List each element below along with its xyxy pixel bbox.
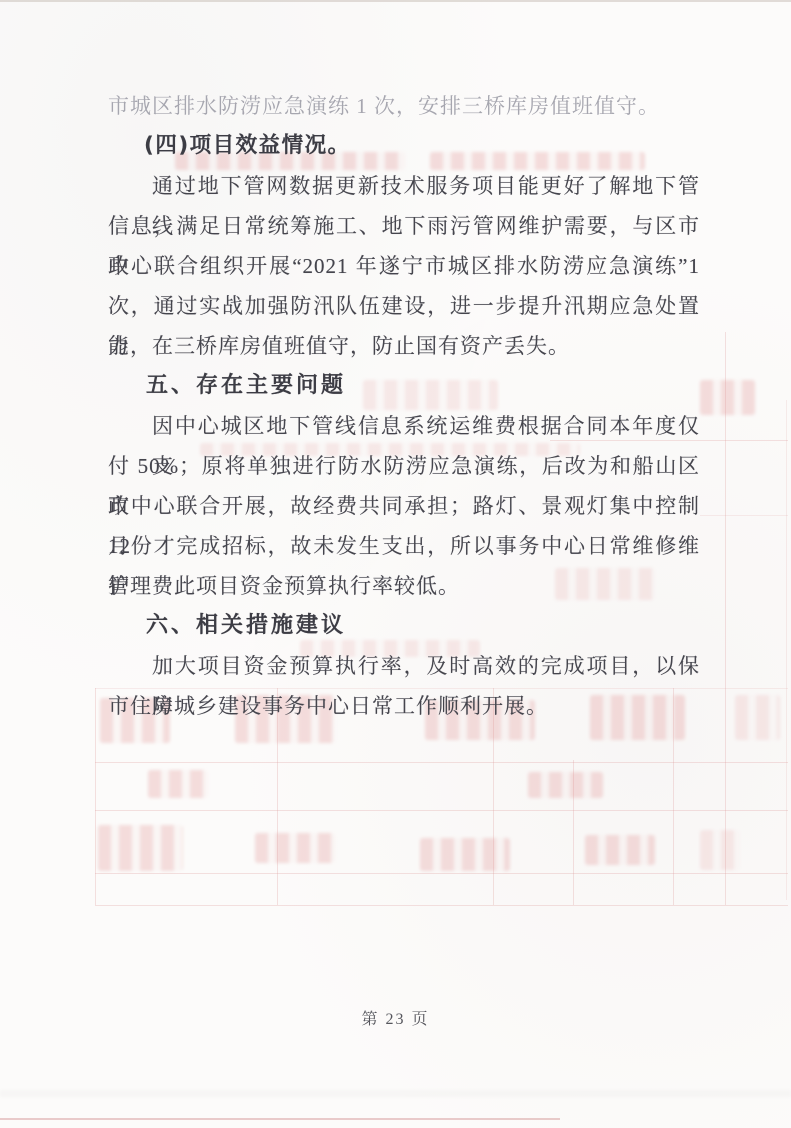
doc-line: 付 50%；原将单独进行防水防涝应急演练，后改为和船山区市 [108, 446, 700, 486]
bleedthrough-text-blob [420, 838, 510, 871]
bleedthrough-text-blob [700, 830, 740, 870]
doc-line: 月份才完成招标，故未发生支出，所以事务中心日常维修维护 [108, 526, 700, 566]
bleedthrough-grid-line [95, 905, 788, 906]
bleedthrough-grid-line [786, 400, 787, 900]
bleedthrough-grid-line [700, 515, 788, 516]
page-number: 第 23 页 [0, 1005, 791, 1035]
doc-line: 次，通过实战加强防汛队伍建设，进一步提升汛期应急处置能 [108, 286, 700, 326]
doc-line: 管理费此项目资金预算执行率较低。 [108, 566, 700, 606]
bleedthrough-text-blob [528, 772, 603, 798]
bleedthrough-text-blob [255, 833, 335, 863]
bleedthrough-text-blob [700, 380, 755, 415]
section-heading-6: 六、相关措施建议 [108, 606, 700, 646]
doc-line: 因中心城区地下管线信息系统运维费根据合同本年度仅支 [108, 406, 700, 446]
doc-line: 政中心联合开展，故经费共同承担；路灯、景观灯集中控制 12 [108, 486, 700, 526]
doc-line: 市城区排水防涝应急演练 1 次，安排三桥库房值班值守。 [108, 86, 700, 126]
scan-bottom-smudge [0, 1090, 791, 1097]
doc-line: 信息，满足日常统筹施工、地下雨污管网维护需要，与区市政 [108, 206, 700, 246]
document-body: 市城区排水防涝应急演练 1 次，安排三桥库房值班值守。 (四)项目效益情况。 通… [108, 86, 700, 726]
scan-bottom-edge-line [0, 1118, 560, 1120]
bleedthrough-text-blob [98, 825, 183, 871]
bleedthrough-text-blob [585, 835, 655, 865]
scan-top-edge-line [0, 0, 791, 2]
bleedthrough-text-blob [148, 770, 208, 798]
bleedthrough-grid-line [95, 810, 788, 811]
bleedthrough-grid-line [95, 762, 788, 763]
doc-line: 市住房城乡建设事务中心日常工作顺利开展。 [108, 686, 700, 726]
doc-line: 力，在三桥库房值班值守，防止国有资产丢失。 [108, 326, 700, 366]
scanned-document-page: 市城区排水防涝应急演练 1 次，安排三桥库房值班值守。 (四)项目效益情况。 通… [0, 0, 791, 1128]
doc-line: 加大项目资金预算执行率，及时高效的完成项目，以保障 [108, 646, 700, 686]
bleedthrough-grid-line [725, 332, 726, 905]
doc-line: 通过地下管网数据更新技术服务项目能更好了解地下管线 [108, 166, 700, 206]
bleedthrough-grid-line [95, 873, 788, 874]
doc-line: 中心联合组织开展“2021 年遂宁市城区排水防涝应急演练”1 [108, 246, 700, 286]
subsection-heading-4: (四)项目效益情况。 [108, 126, 700, 166]
bleedthrough-text-blob [735, 695, 780, 740]
section-heading-5: 五、存在主要问题 [108, 366, 700, 406]
